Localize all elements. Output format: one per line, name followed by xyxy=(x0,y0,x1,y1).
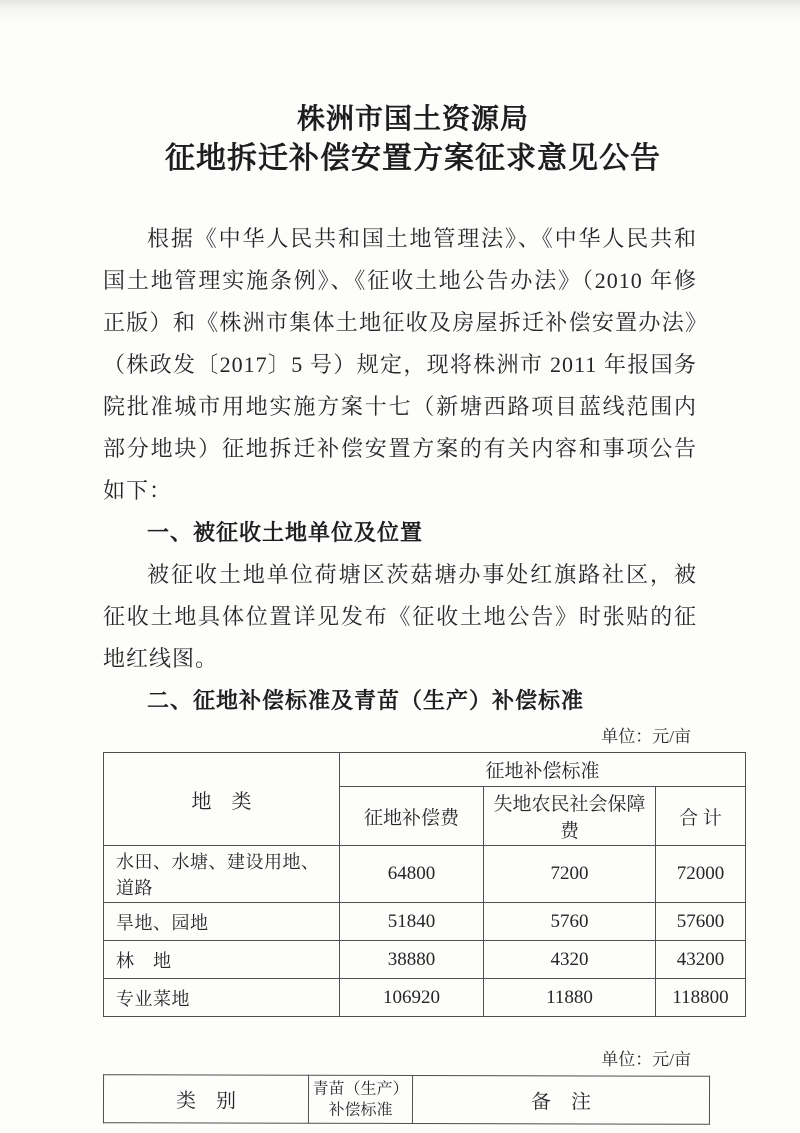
cell-social: 5760 xyxy=(484,903,656,941)
land-compensation-table: 地 类 征地补偿标准 征地补偿费 失地农民社会保障费 合 计 水田、水塘、建设用… xyxy=(103,752,746,1017)
cell-land-type: 专业菜地 xyxy=(104,979,340,1017)
unit-label-table2: 单位：元/亩 xyxy=(103,1049,697,1071)
table-header-row: 类 别 青苗（生产） 补偿标准 备 注 xyxy=(103,1075,709,1125)
header-seedling-standard: 青苗（生产） 补偿标准 xyxy=(308,1075,412,1123)
document-body: 株洲市国土资源局 征地拆迁补偿安置方案征求意见公告 根据《中华人民共和国土地管理… xyxy=(103,0,697,1124)
scanned-document-page: 株洲市国土资源局 征地拆迁补偿安置方案征求意见公告 根据《中华人民共和国土地管理… xyxy=(0,0,800,1133)
cell-total: 57600 xyxy=(656,903,746,941)
cell-total: 43200 xyxy=(656,941,746,979)
section2-heading: 二、征地补偿标准及青苗（生产）补偿标准 xyxy=(103,680,697,722)
table-header-row-1: 地 类 征地补偿标准 xyxy=(104,753,746,787)
unit-label-table1: 单位：元/亩 xyxy=(103,726,697,748)
header-social-security: 失地农民社会保障费 xyxy=(484,787,656,846)
paragraph-legal-basis: 根据《中华人民共和国土地管理法》、《中华人民共和国土地管理实施条例》、《征收土地… xyxy=(103,218,697,512)
doc-title-line1: 株洲市国土资源局 xyxy=(116,102,710,138)
cell-total: 118800 xyxy=(656,979,746,1017)
header-fee: 征地补偿费 xyxy=(340,787,484,846)
cell-total: 72000 xyxy=(656,846,746,903)
cell-social: 11880 xyxy=(484,979,656,1017)
header-land-type: 地 类 xyxy=(104,753,340,846)
document-title-block: 株洲市国土资源局 征地拆迁补偿安置方案征求意见公告 xyxy=(116,0,710,180)
table-row: 水田、水塘、建设用地、道路 64800 7200 72000 xyxy=(104,846,746,903)
table-row: 旱地、园地 51840 5760 57600 xyxy=(104,903,746,941)
doc-title-line2: 征地拆迁补偿安置方案征求意见公告 xyxy=(116,138,710,180)
header-seedling-standard-line2: 补偿标准 xyxy=(311,1099,410,1120)
table-row: 专业菜地 106920 11880 118800 xyxy=(104,979,746,1017)
cell-fee: 106920 xyxy=(340,979,484,1017)
cell-fee: 38880 xyxy=(340,941,484,979)
cell-fee: 51840 xyxy=(340,903,484,941)
seedling-compensation-table: 类 别 青苗（生产） 补偿标准 备 注 xyxy=(103,1074,710,1125)
header-total: 合 计 xyxy=(656,787,746,846)
header-category: 类 别 xyxy=(103,1075,308,1124)
section1-heading: 一、被征收土地单位及位置 xyxy=(103,512,697,554)
cell-land-type: 旱地、园地 xyxy=(104,903,340,941)
paragraph-land-unit: 被征收土地单位荷塘区茨菇塘办事处红旗路社区，被征收土地具体位置详见发布《征收土地… xyxy=(103,554,697,680)
cell-land-type: 水田、水塘、建设用地、道路 xyxy=(104,846,340,903)
cell-social: 7200 xyxy=(484,846,656,903)
cell-social: 4320 xyxy=(484,941,656,979)
header-seedling-standard-line1: 青苗（生产） xyxy=(311,1078,410,1099)
header-compensation-group: 征地补偿标准 xyxy=(340,753,746,787)
cell-fee: 64800 xyxy=(340,846,484,903)
table-row: 林 地 38880 4320 43200 xyxy=(104,941,746,979)
cell-land-type: 林 地 xyxy=(104,941,340,979)
header-remark: 备 注 xyxy=(412,1076,709,1125)
